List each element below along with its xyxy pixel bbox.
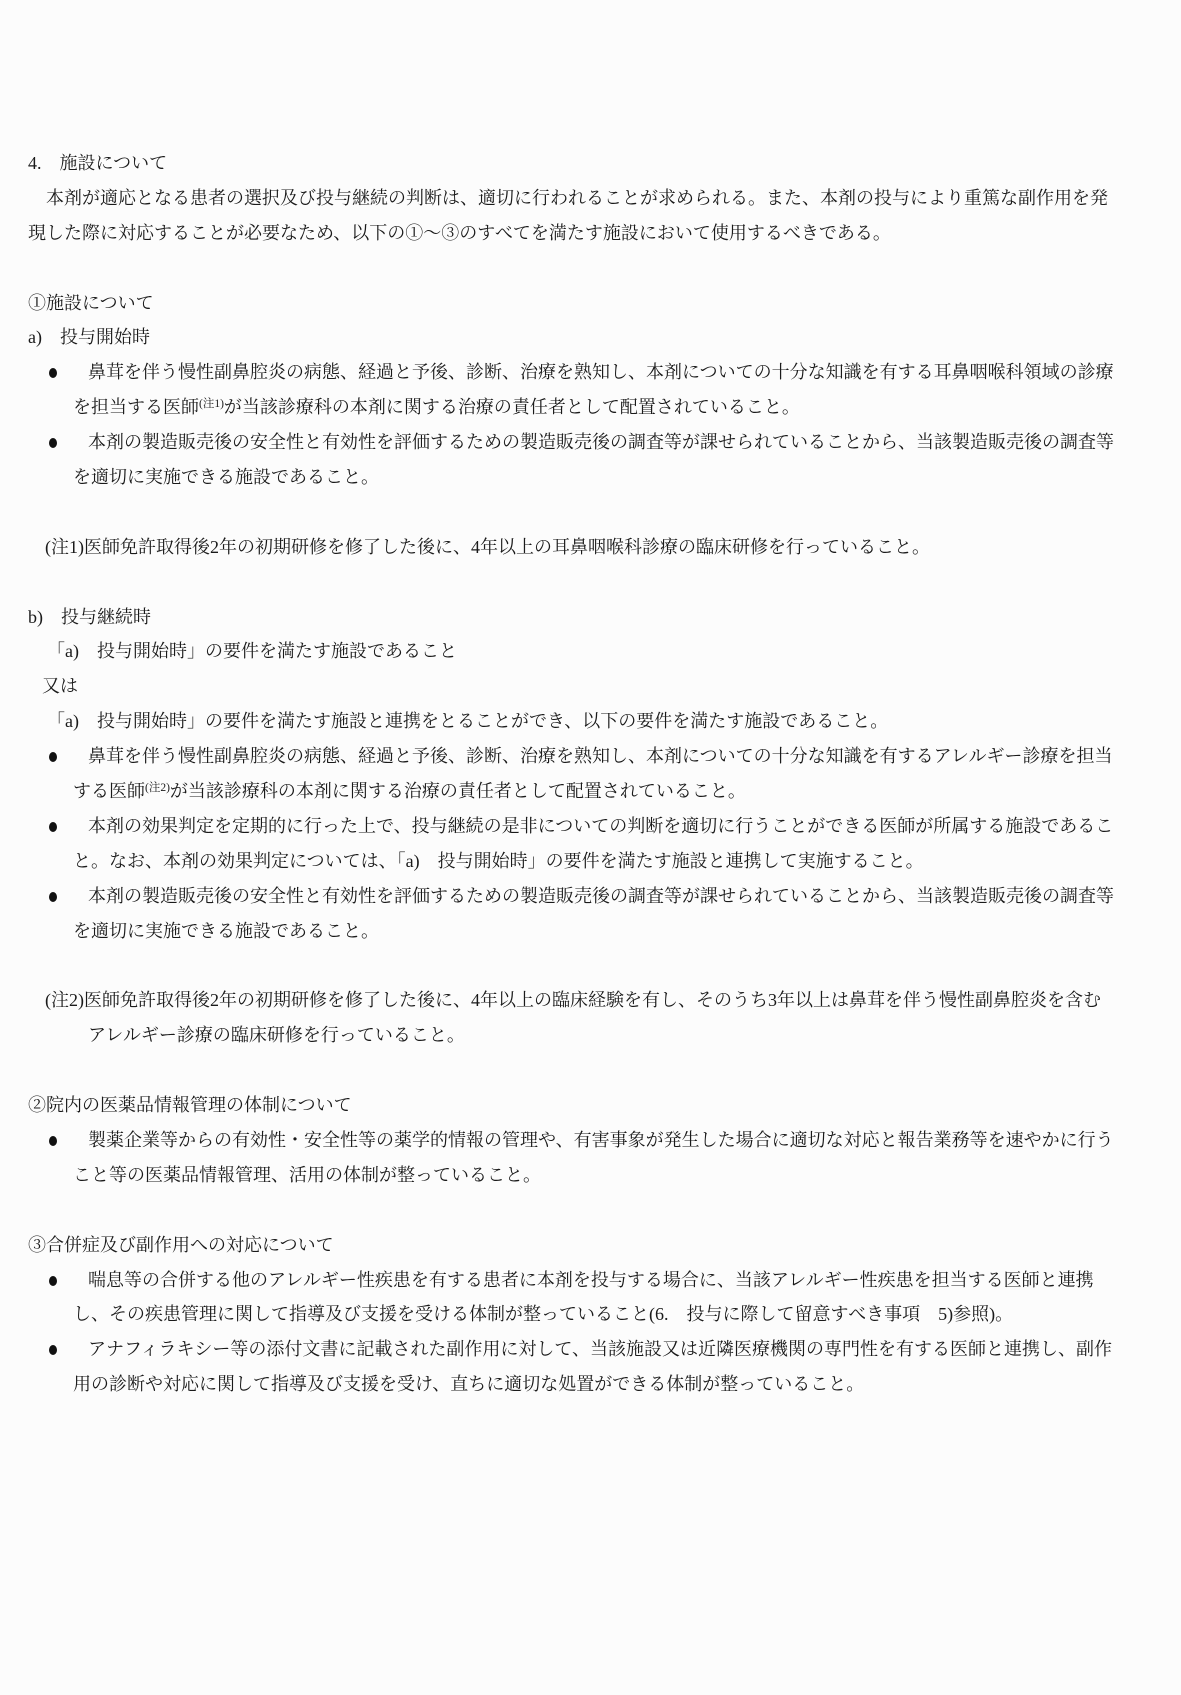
bullet-item: 鼻茸を伴う慢性副鼻腔炎の病態、経過と予後、診断、治療を熟知し、本剤についての十分…: [0, 355, 1181, 390]
bullet-icon: [49, 1345, 57, 1355]
bullet-icon: [49, 752, 57, 762]
bullet-icon: [49, 1136, 57, 1146]
bullet-text: アナフィラキシー等の添付文書に記載された副作用に対して、当該施設又は近隣医療機関…: [88, 1339, 1112, 1359]
bullet-icon: [49, 438, 57, 448]
bullet-text: 鼻茸を伴う慢性副鼻腔炎の病態、経過と予後、診断、治療を熟知し、本剤についての十分…: [88, 746, 1112, 766]
bullet-text: 鼻茸を伴う慢性副鼻腔炎の病態、経過と予後、診断、治療を熟知し、本剤についての十分…: [88, 362, 1114, 382]
bullet-item: 本剤の効果判定を定期的に行った上で、投与継続の是非についての判断を適切に行うこと…: [0, 809, 1181, 844]
doc-title: 4. 施設について: [0, 146, 1181, 181]
bullet-text: 製薬企業等からの有効性・安全性等の薬学的情報の管理や、有害事象が発生した場合に適…: [88, 1130, 1114, 1150]
bullet-continuation: と。なお、本剤の効果判定については、「a) 投与開始時」の要件を満たす施設と連携…: [0, 844, 1181, 879]
bullet-item: 製薬企業等からの有効性・安全性等の薬学的情報の管理や、有害事象が発生した場合に適…: [0, 1123, 1181, 1158]
bullet-continuation: し、その疾患管理に関して指導及び支援を受ける体制が整っていること(6. 投与に際…: [0, 1297, 1181, 1332]
bullet-icon: [49, 892, 57, 902]
note-reference-superscript: (注2): [145, 782, 170, 794]
bullet-item: アナフィラキシー等の添付文書に記載された副作用に対して、当該施設又は近隣医療機関…: [0, 1332, 1181, 1367]
bullet-continuation: を適切に実施できる施設であること。: [0, 460, 1181, 495]
note1-line: (注1)医師免許取得後2年の初期研修を修了した後に、4年以上の耳鼻咽喉科診療の臨…: [0, 530, 1181, 565]
condition-line: 「a) 投与開始時」の要件を満たす施設と連携をとることができ、以下の要件を満たす…: [0, 704, 1181, 739]
section1-b-heading: b) 投与継続時: [0, 600, 1181, 635]
bullet-item: 本剤の製造販売後の安全性と有効性を評価するための製造販売後の調査等が課せられてい…: [0, 879, 1181, 914]
bullet-item: 本剤の製造販売後の安全性と有効性を評価するための製造販売後の調査等が課せられてい…: [0, 425, 1181, 460]
spacer: [0, 251, 1181, 286]
bullet-icon: [49, 1276, 57, 1286]
bullet-continuation: を適切に実施できる施設であること。: [0, 914, 1181, 949]
bullet-text: 本剤の製造販売後の安全性と有効性を評価するための製造販売後の調査等が課せられてい…: [88, 886, 1114, 906]
intro-line-2: 現した際に対応することが必要なため、以下の①～③のすべてを満たす施設において使用…: [0, 216, 1181, 251]
bullet-text: する医師: [73, 781, 145, 801]
document-page: 4. 施設について 本剤が適応となる患者の選択及び投与継続の判断は、適切に行われ…: [0, 0, 1181, 1695]
intro-line-1: 本剤が適応となる患者の選択及び投与継続の判断は、適切に行われることが求められる。…: [0, 181, 1181, 216]
spacer: [0, 1053, 1181, 1088]
bullet-icon: [49, 368, 57, 378]
bullet-text: を担当する医師: [73, 397, 199, 417]
spacer: [0, 495, 1181, 530]
bullet-text: が当該診療科の本剤に関する治療の責任者として配置されていること。: [170, 781, 746, 801]
bullet-text: が当該診療科の本剤に関する治療の責任者として配置されていること。: [224, 397, 800, 417]
note2-line-2: アレルギー診療の臨床研修を行っていること。: [0, 1018, 1181, 1053]
bullet-icon: [49, 822, 57, 832]
bullet-continuation: こと等の医薬品情報管理、活用の体制が整っていること。: [0, 1158, 1181, 1193]
note-reference-superscript: (注1): [199, 398, 224, 410]
spacer: [0, 948, 1181, 983]
section1-a-heading: a) 投与開始時: [0, 320, 1181, 355]
document-content: 4. 施設について 本剤が適応となる患者の選択及び投与継続の判断は、適切に行われ…: [0, 146, 1181, 1402]
bullet-continuation: する医師(注2)が当該診療科の本剤に関する治療の責任者として配置されていること。: [0, 774, 1181, 809]
bullet-continuation: を担当する医師(注1)が当該診療科の本剤に関する治療の責任者として配置されている…: [0, 390, 1181, 425]
bullet-continuation: 用の診断や対応に関して指導及び支援を受け、直ちに適切な処置ができる体制が整ってい…: [0, 1367, 1181, 1402]
bullet-item: 鼻茸を伴う慢性副鼻腔炎の病態、経過と予後、診断、治療を熟知し、本剤についての十分…: [0, 739, 1181, 774]
bullet-text: 喘息等の合併する他のアレルギー性疾患を有する患者に本剤を投与する場合に、当該アレ…: [88, 1270, 1094, 1290]
or-line: 又は: [0, 669, 1181, 704]
section3-heading: ③合併症及び副作用への対応について: [0, 1228, 1181, 1263]
note2-line-1: (注2)医師免許取得後2年の初期研修を修了した後に、4年以上の臨床経験を有し、そ…: [0, 983, 1181, 1018]
bullet-text: 本剤の製造販売後の安全性と有効性を評価するための製造販売後の調査等が課せられてい…: [88, 432, 1114, 452]
spacer: [0, 565, 1181, 600]
spacer: [0, 1193, 1181, 1228]
section2-heading: ②院内の医薬品情報管理の体制について: [0, 1088, 1181, 1123]
condition-line: 「a) 投与開始時」の要件を満たす施設であること: [0, 634, 1181, 669]
bullet-text: 本剤の効果判定を定期的に行った上で、投与継続の是非についての判断を適切に行うこと…: [88, 816, 1113, 836]
bullet-item: 喘息等の合併する他のアレルギー性疾患を有する患者に本剤を投与する場合に、当該アレ…: [0, 1263, 1181, 1298]
section1-heading: ①施設について: [0, 286, 1181, 321]
